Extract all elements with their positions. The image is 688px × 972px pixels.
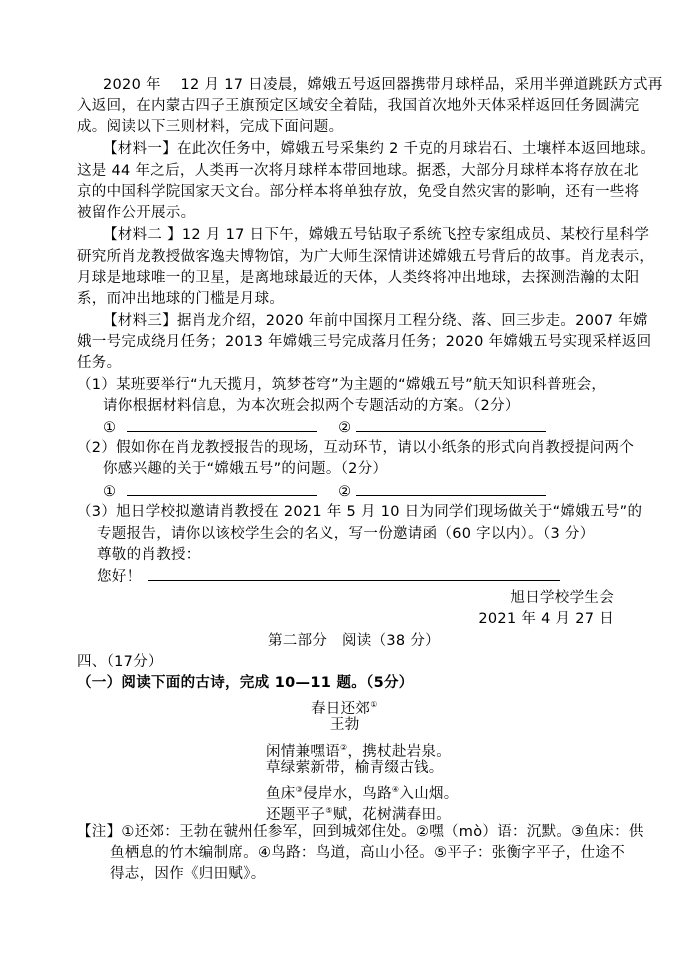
letter-signature: 旭日学校学生会 xyxy=(510,588,614,609)
answer-blank-2[interactable] xyxy=(356,481,546,496)
notes-line-2: 鱼栖息的竹木编制席。④鸟路：鸟道，高山小径。⑤平子：张衡字平子，仕途不 xyxy=(110,843,625,864)
footnote-marker-5: ⑤ xyxy=(325,806,332,815)
question-1-line-2: 请你根据材料信息，为本次班会拟两个专题活动的方案。（2分） xyxy=(103,396,520,417)
question-1-line-1: （1）某班要举行“九天揽月，筑梦苍穹”为主题的“嫦娥五号”航天知识科普班会， xyxy=(77,375,606,396)
material-1-line-4: 被留作公开展示。 xyxy=(77,203,195,224)
question-2-answers: ① ② xyxy=(103,481,546,503)
material-3-line-3: 任务。 xyxy=(77,353,121,374)
answer-blank-1[interactable] xyxy=(127,481,317,496)
intro-line-1: 2020 年 12 月 17 日凌晨，嫦娥五号返回器携带月球样品，采用半弹道跳跃… xyxy=(103,75,663,96)
answer-blank-2[interactable] xyxy=(356,417,546,432)
poem-author: 王勃 xyxy=(330,715,360,736)
question-2-line-1: （2）假如你在肖龙教授报告的现场，互动环节，请以小纸条的形式向肖教授提问两个 xyxy=(77,438,634,459)
material-2-line-3: 月球是地球唯一的卫星，是离地球最近的天体，人类终将冲出地球，去探测浩瀚的太阳 xyxy=(77,268,639,289)
material-3-line-1: 【材料三】据肖龙介绍，2020 年前中国探月工程分绕、落、回三步走。2007 年… xyxy=(103,311,648,332)
question-2-line-2: 你感兴趣的关于“嫦娥五号”的问题。（2分） xyxy=(103,459,387,480)
material-2-line-4: 系，而冲出地球的门槛是月球。 xyxy=(77,289,284,310)
footnote-marker-3: ③ xyxy=(296,785,303,794)
material-2-line-2: 研究所肖龙教授做客逸夫博物馆，为广大师生深情讲述嫦娥五号背后的故事。肖龙表示， xyxy=(77,247,654,268)
subsection-1-heading: （一）阅读下面的古诗，完成 10—11 题。（5分） xyxy=(77,673,414,694)
letter-date: 2021 年 4 月 27 日 xyxy=(478,609,614,630)
section-4-heading: 四、（17分） xyxy=(77,652,163,673)
intro-line-2: 入返回，在内蒙古四子王旗预定区域安全着陆，我国首次地外天体采样返回任务圆满完 xyxy=(77,96,639,117)
letter-greeting-row: 您好！ xyxy=(97,566,560,588)
question-1-answers: ① ② xyxy=(103,417,546,439)
answer-marker-1: ① xyxy=(103,420,116,436)
letter-greeting: 您好！ xyxy=(97,569,141,585)
question-3-line-1: （3）旭日学校拟邀请肖教授在 2021 年 5 月 10 日为同学们现场做关于“… xyxy=(77,502,642,523)
answer-marker-2: ② xyxy=(338,484,351,500)
answer-blank-1[interactable] xyxy=(127,417,317,432)
material-1-line-3: 京的中国科学院国家天文台。部分样本将单独存放，免受自然灾害的影响，还有一些将 xyxy=(77,182,639,203)
material-1-line-1: 【材料一】在此次任务中，嫦娥五号采集约 2 千克的月球岩石、土壤样本返回地球。 xyxy=(103,139,655,160)
letter-salutation: 尊敬的肖教授： xyxy=(97,545,201,566)
part-2-title: 第二部分 阅读（38 分） xyxy=(268,631,440,652)
exam-page: 2020 年 12 月 17 日凌晨，嫦娥五号返回器携带月球样品，采用半弹道跳跃… xyxy=(0,0,688,972)
material-3-line-2: 娥一号完成绕月任务；2013 年嫦娥三号完成落月任务；2020 年嫦娥五号实现采… xyxy=(77,332,651,353)
answer-marker-1: ① xyxy=(103,484,116,500)
notes-line-1: 【注】①还郊：王勃在虢州任参军，回到城郊住处。②嘿（mò）语：沉默。③鱼床：供 xyxy=(77,822,644,843)
footnote-marker-1: ① xyxy=(370,700,377,709)
material-2-line-1: 【材料二 】12 月 17 日下午，嫦娥五号钻取子系统飞控专家组成员、某校行星科… xyxy=(103,225,649,246)
question-3-line-2: 专题报告，请你以该校学生会的名义，写一份邀请函（60 字以内）。（3 分） xyxy=(97,524,595,545)
material-1-line-2: 这是 44 年之后，人类再一次将月球样本带回地球。据悉，大部分月球样本将存放在北 xyxy=(77,161,639,182)
intro-line-3: 成。阅读以下三则材料，完成下面问题。 xyxy=(77,117,343,138)
notes-line-3: 得志，因作《归田赋》。 xyxy=(110,864,266,885)
poem-line-2: 草绿萦新带，榆青缀古钱。 xyxy=(266,758,444,779)
answer-marker-2: ② xyxy=(338,420,351,436)
letter-body-blank[interactable] xyxy=(148,566,560,581)
